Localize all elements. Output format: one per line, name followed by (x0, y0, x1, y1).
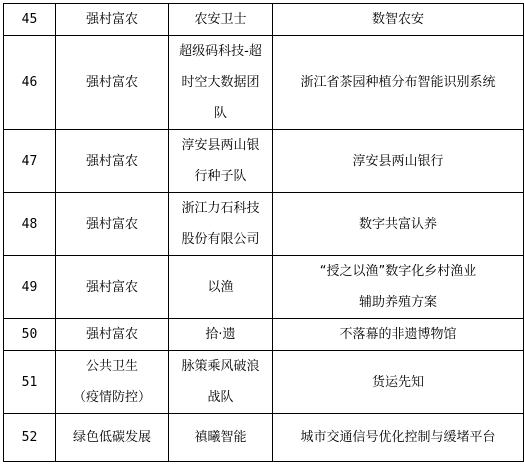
team-line: 行种子队 (171, 161, 270, 192)
team-cell: 农安卫士 (169, 4, 273, 36)
row-index: 47 (4, 130, 56, 193)
project-cell: “授之以渔”数字化乡村渔业 辅助养殖方案 (273, 256, 524, 319)
team-cell: 禛曦智能 (169, 414, 273, 462)
project-cell: 数字共富认养 (273, 193, 524, 256)
row-index: 52 (4, 414, 56, 462)
team-cell: 超级码科技-超 时空大数据团 队 (169, 36, 273, 130)
team-line: 战队 (171, 382, 270, 413)
team-line: 拾·遗 (171, 319, 270, 350)
project-line: 辅助养殖方案 (275, 287, 521, 318)
team-line: 以渔 (171, 272, 270, 303)
category-cell: 强村富农 (56, 193, 169, 256)
category-cell: 强村富农 (56, 36, 169, 130)
team-cell: 以渔 (169, 256, 273, 319)
team-line: 淳安县两山银 (171, 130, 270, 161)
project-cell: 城市交通信号优化控制与缓堵平台 (273, 414, 524, 462)
project-line: “授之以渔”数字化乡村渔业 (275, 256, 521, 287)
category-line: 公共卫生 (58, 351, 166, 382)
table-row: 46 强村富农 超级码科技-超 时空大数据团 队 浙江省茶园种植分布智能识别系统 (4, 36, 524, 130)
table-row: 50 强村富农 拾·遗 不落幕的非遗博物馆 (4, 319, 524, 351)
table-row: 45 强村富农 农安卫士 数智农安 (4, 4, 524, 36)
row-index: 50 (4, 319, 56, 351)
project-cell: 不落幕的非遗博物馆 (273, 319, 524, 351)
project-line: 城市交通信号优化控制与缓堵平台 (275, 422, 521, 453)
team-line: 农安卫士 (171, 4, 270, 35)
table-row: 52 绿色低碳发展 禛曦智能 城市交通信号优化控制与缓堵平台 (4, 414, 524, 462)
table-row: 48 强村富农 浙江力石科技 股份有限公司 数字共富认养 (4, 193, 524, 256)
table-row: 47 强村富农 淳安县两山银 行种子队 淳安县两山银行 (4, 130, 524, 193)
project-cell: 数智农安 (273, 4, 524, 36)
team-line: 禛曦智能 (171, 422, 270, 453)
category-cell: 绿色低碳发展 (56, 414, 169, 462)
team-cell: 浙江力石科技 股份有限公司 (169, 193, 273, 256)
team-line: 时空大数据团 (171, 67, 270, 98)
project-line: 数智农安 (275, 4, 521, 35)
category-cell: 强村富农 (56, 256, 169, 319)
team-line: 脉策乘风破浪 (171, 351, 270, 382)
project-line: 淳安县两山银行 (275, 146, 521, 177)
project-line: 浙江省茶园种植分布智能识别系统 (275, 67, 521, 98)
project-line: 货运先知 (275, 367, 521, 398)
team-cell: 脉策乘风破浪 战队 (169, 351, 273, 414)
team-line: 队 (171, 98, 270, 129)
project-cell: 浙江省茶园种植分布智能识别系统 (273, 36, 524, 130)
project-line: 数字共富认养 (275, 209, 521, 240)
team-cell: 淳安县两山银 行种子队 (169, 130, 273, 193)
project-line: 不落幕的非遗博物馆 (275, 319, 521, 350)
row-index: 48 (4, 193, 56, 256)
team-line: 股份有限公司 (171, 224, 270, 255)
row-index: 45 (4, 4, 56, 36)
category-cell: 强村富农 (56, 319, 169, 351)
team-line: 超级码科技-超 (171, 36, 270, 67)
table-row: 49 强村富农 以渔 “授之以渔”数字化乡村渔业 辅助养殖方案 (4, 256, 524, 319)
row-index: 51 (4, 351, 56, 414)
award-table: 45 强村富农 农安卫士 数智农安 46 强村富农 超级码科技-超 时空大数据团… (3, 3, 524, 462)
table-row: 51 公共卫生 （疫情防控） 脉策乘风破浪 战队 货运先知 (4, 351, 524, 414)
category-cell: 公共卫生 （疫情防控） (56, 351, 169, 414)
team-line: 浙江力石科技 (171, 193, 270, 224)
row-index: 46 (4, 36, 56, 130)
project-cell: 淳安县两山银行 (273, 130, 524, 193)
team-cell: 拾·遗 (169, 319, 273, 351)
category-cell: 强村富农 (56, 130, 169, 193)
category-line: （疫情防控） (58, 382, 166, 413)
category-cell: 强村富农 (56, 4, 169, 36)
row-index: 49 (4, 256, 56, 319)
project-cell: 货运先知 (273, 351, 524, 414)
